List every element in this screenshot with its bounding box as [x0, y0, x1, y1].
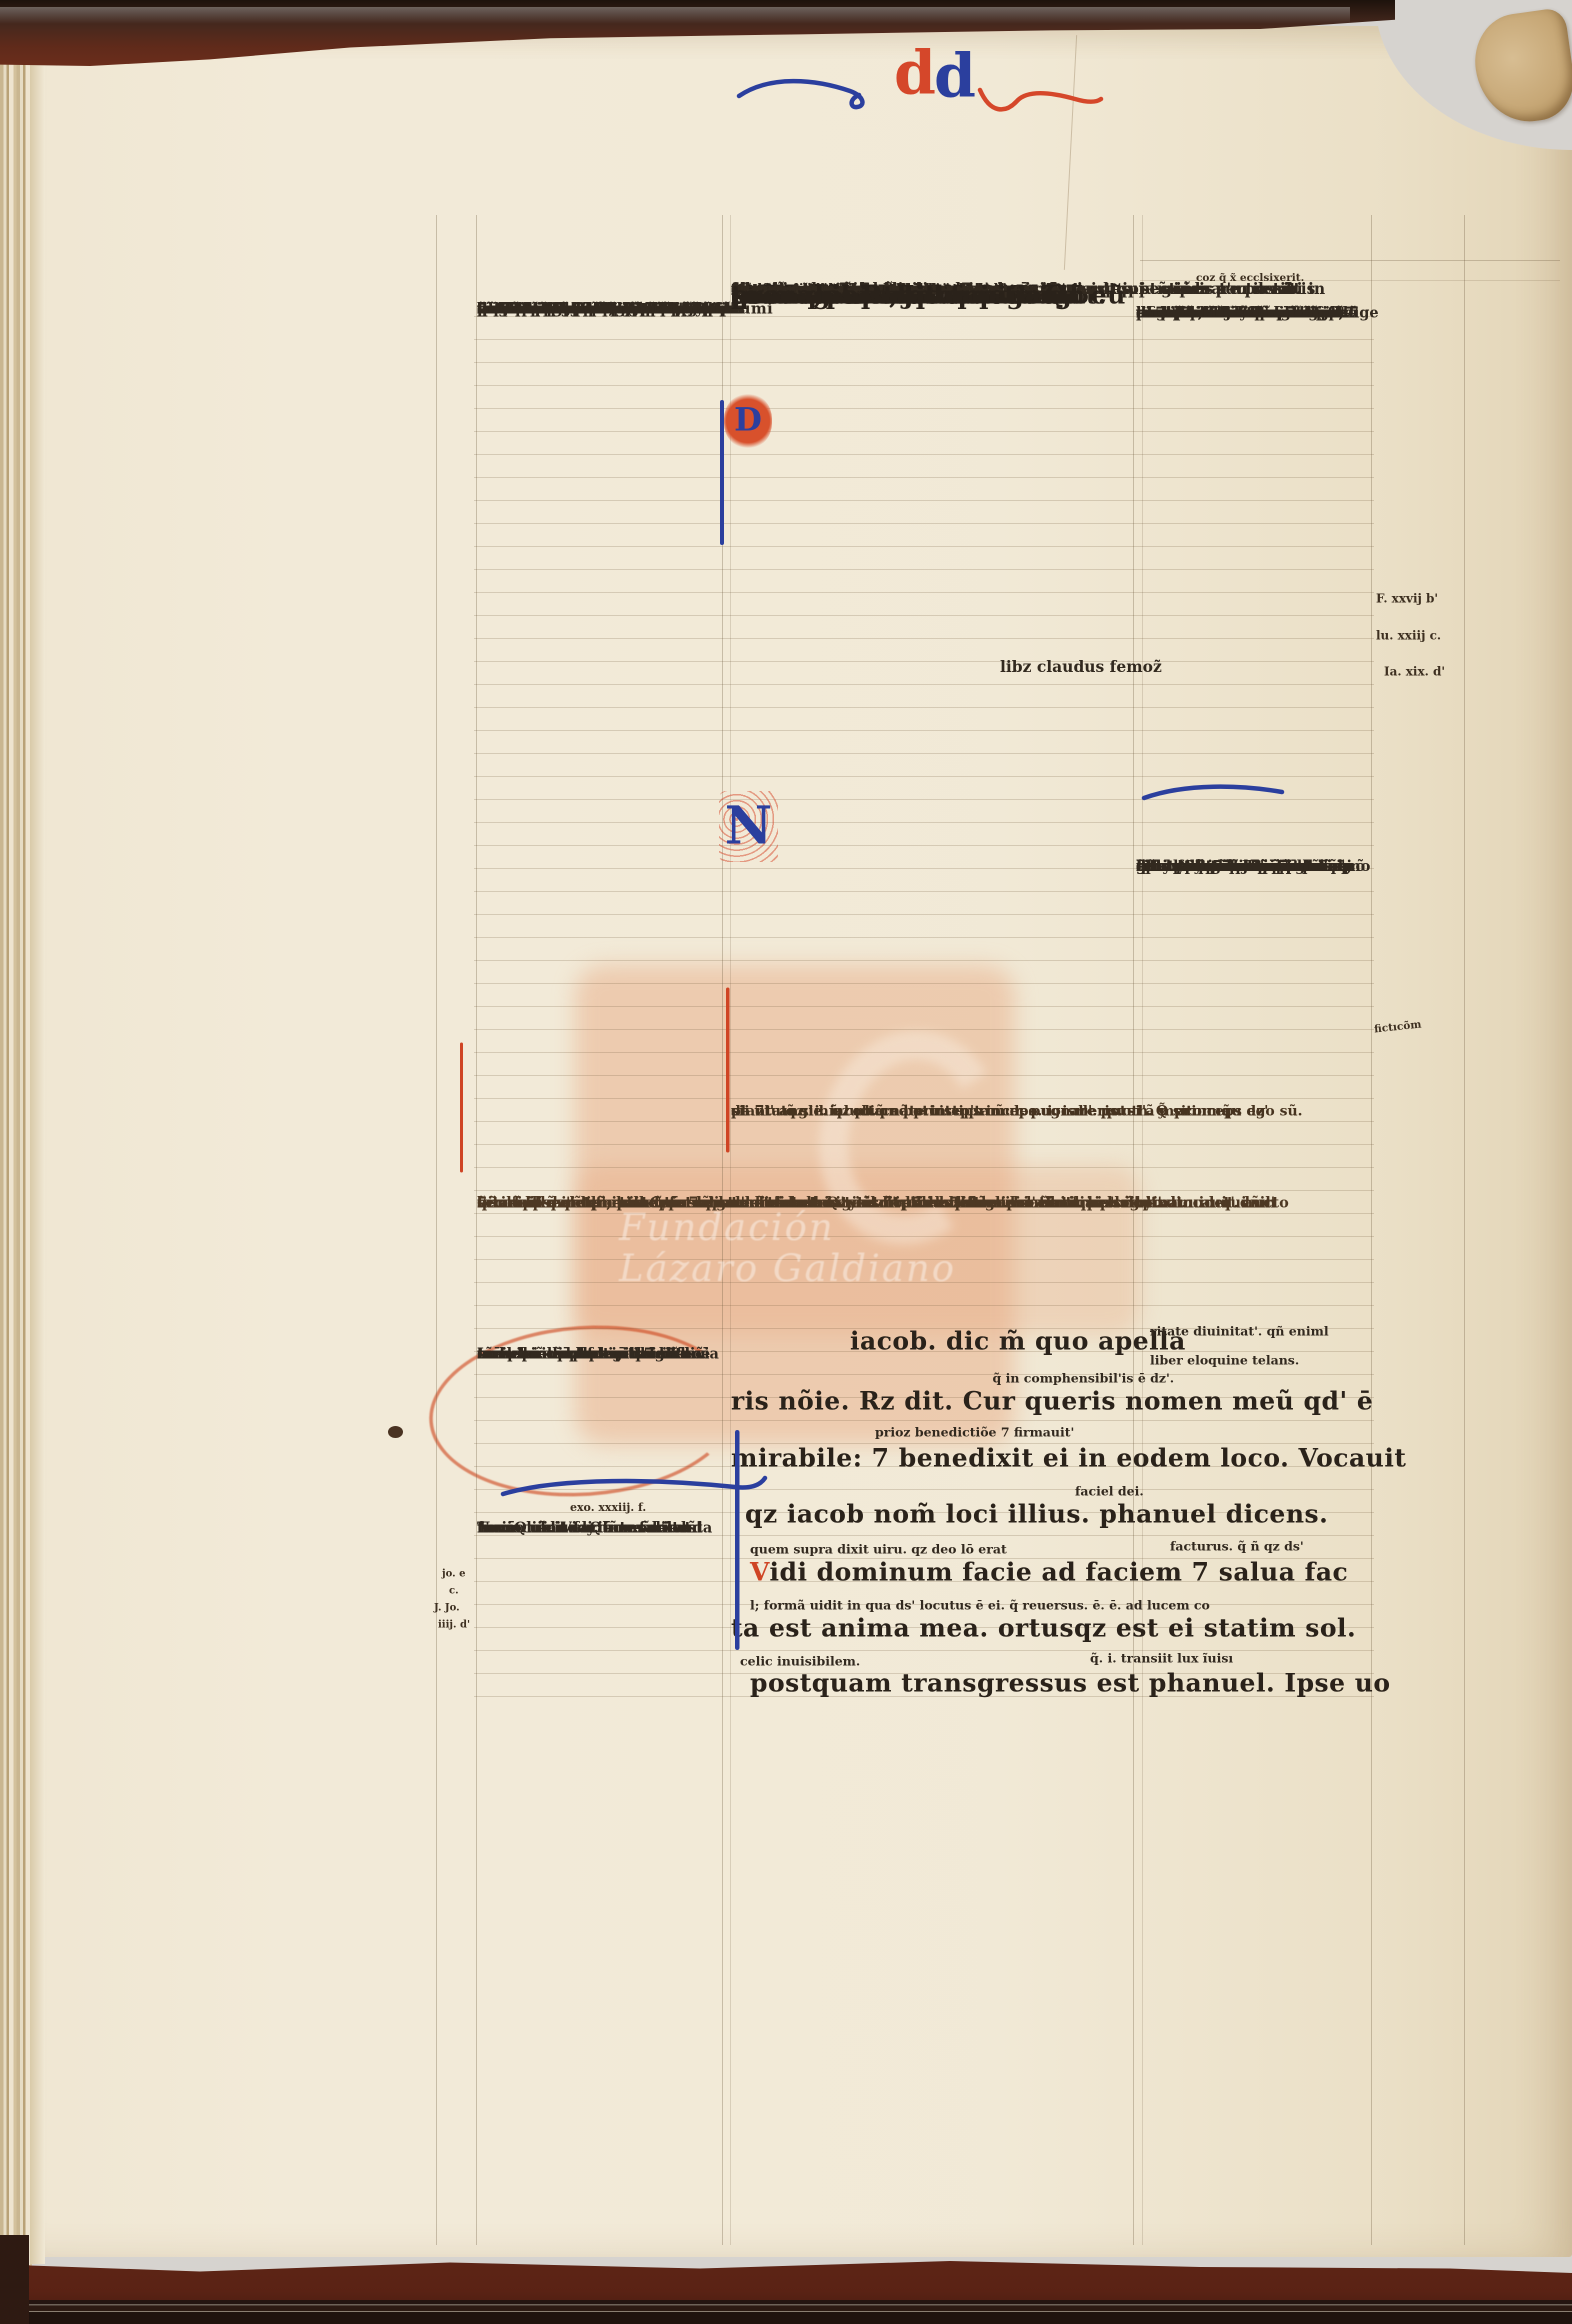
margin-note: c.	[449, 1584, 458, 1596]
decorated-initial-D: D	[724, 394, 772, 448]
ruling-line	[476, 215, 477, 2245]
blue-section-flourish	[1141, 780, 1286, 804]
gloss-line: quem supra dixit uiru. qz deo lō erat	[750, 1542, 1006, 1556]
margin-citation: lu. xxiij c.	[1376, 628, 1441, 642]
bible-text-row: preualebis: Jnterrogauit eũ	[731, 280, 1126, 314]
bible-line: postquam transgressus est phanuel. Ipse …	[750, 1668, 1390, 1697]
ink-speck	[388, 1426, 403, 1438]
gloss-line: prioz benedictiõe 7 firmauit'	[875, 1425, 1074, 1439]
margin-citation: F. xxvij b'	[1376, 591, 1438, 605]
bible-line: mirabile: 7 benedixit ei in eodem loco. …	[731, 1443, 1406, 1472]
gloss-line: eris. si ã mecum q̃u dz'	[1136, 857, 1322, 881]
cover-bottom-gloss	[0, 2300, 1572, 2324]
ruling-line	[1371, 215, 1372, 2245]
ruling-line	[436, 215, 437, 2245]
blue-margin-flourish	[720, 400, 724, 545]
ruling-line	[1133, 215, 1134, 2245]
bible-line-vidi: Vidi dominum facie ad faciem 7 salua fac	[750, 1557, 1348, 1586]
gloss-line: q̃. i. transiit lux ĩuisı	[1090, 1651, 1233, 1665]
gloss-line: tñ hebreos phanuel legit'.	[477, 1345, 686, 1366]
red-margin-flourish	[726, 987, 729, 1152]
header-letter-d-red: d	[894, 48, 936, 98]
gloss-line: celic inuisibilem.	[740, 1654, 860, 1668]
ruling-line	[1464, 215, 1465, 2245]
gloss-line: sii ul' angle. qz pliq̃ nãte intep'tamur…	[731, 1102, 1230, 1125]
manuscript-photo: d d Fundación Lázaro Galdiano coz q̃ x̃ …	[0, 0, 1572, 2324]
ruling-line	[1140, 260, 1560, 261]
red-margin-stroke	[460, 1042, 463, 1172]
bible-line: ta est anima mea. ortusqz est ei statim …	[731, 1613, 1356, 1642]
library-watermark-line2: Lázaro Galdiano	[619, 1247, 956, 1290]
blue-paragraph-stem	[735, 1430, 739, 1650]
gloss-line: mus.	[477, 300, 518, 324]
blue-header-flourish	[735, 60, 885, 120]
gloss-line: facturus. q̃ ñ qz ds'	[1170, 1539, 1303, 1553]
bible-line: iacob. dic m̃ quo apella	[850, 1326, 1186, 1355]
gloss-line: rare possit.	[1136, 304, 1228, 327]
red-header-flourish	[975, 70, 1105, 125]
bible-line: ris nõie. Rz dit. Cur queris nomen meũ q…	[731, 1386, 1373, 1415]
margin-note: J. Jo.	[434, 1601, 459, 1613]
gloss-line: l; formã uidit in qua ds' locutus ē ei. …	[750, 1598, 1210, 1612]
cover-corner-wedge	[0, 2235, 29, 2324]
margin-note: jo. e	[442, 1567, 465, 1579]
exodus-citation-header: exo. xxxiij. f.	[570, 1501, 646, 1514]
gloss-line: q̃ in comphensibil'is ē dz'.	[992, 1371, 1174, 1385]
gloss-line: faciel dei.	[1075, 1484, 1143, 1498]
page-stack-edge	[0, 48, 32, 2283]
cover-gloss-highlight	[0, 7, 1350, 24]
gloss-line: ritate diuinitat'. qñ eniml	[1150, 1324, 1328, 1338]
gloss-line: liber eloquine telans.	[1150, 1353, 1299, 1367]
current-page-edge	[30, 44, 45, 2264]
margin-citation: Ia. xix. d'	[1384, 664, 1445, 678]
inline-gloss-at-ille: libz claudus femoz̃	[1000, 658, 1162, 682]
gloss-line: uiril' ul' mentem uidentē transtulert'. …	[477, 1194, 1289, 1215]
decorated-initial-N: N	[719, 791, 778, 862]
header-letter-d-blue: d	[934, 51, 976, 101]
margin-note: iiij. d'	[438, 1618, 470, 1630]
ruling-line	[1142, 215, 1143, 2245]
blue-paragraph-flourish	[500, 1474, 770, 1500]
bible-line: qz iacob nom̃ loci illius. phanuel dicen…	[745, 1499, 1328, 1528]
gloss-line: faciē. hũane. y. intes celo	[477, 1519, 682, 1543]
